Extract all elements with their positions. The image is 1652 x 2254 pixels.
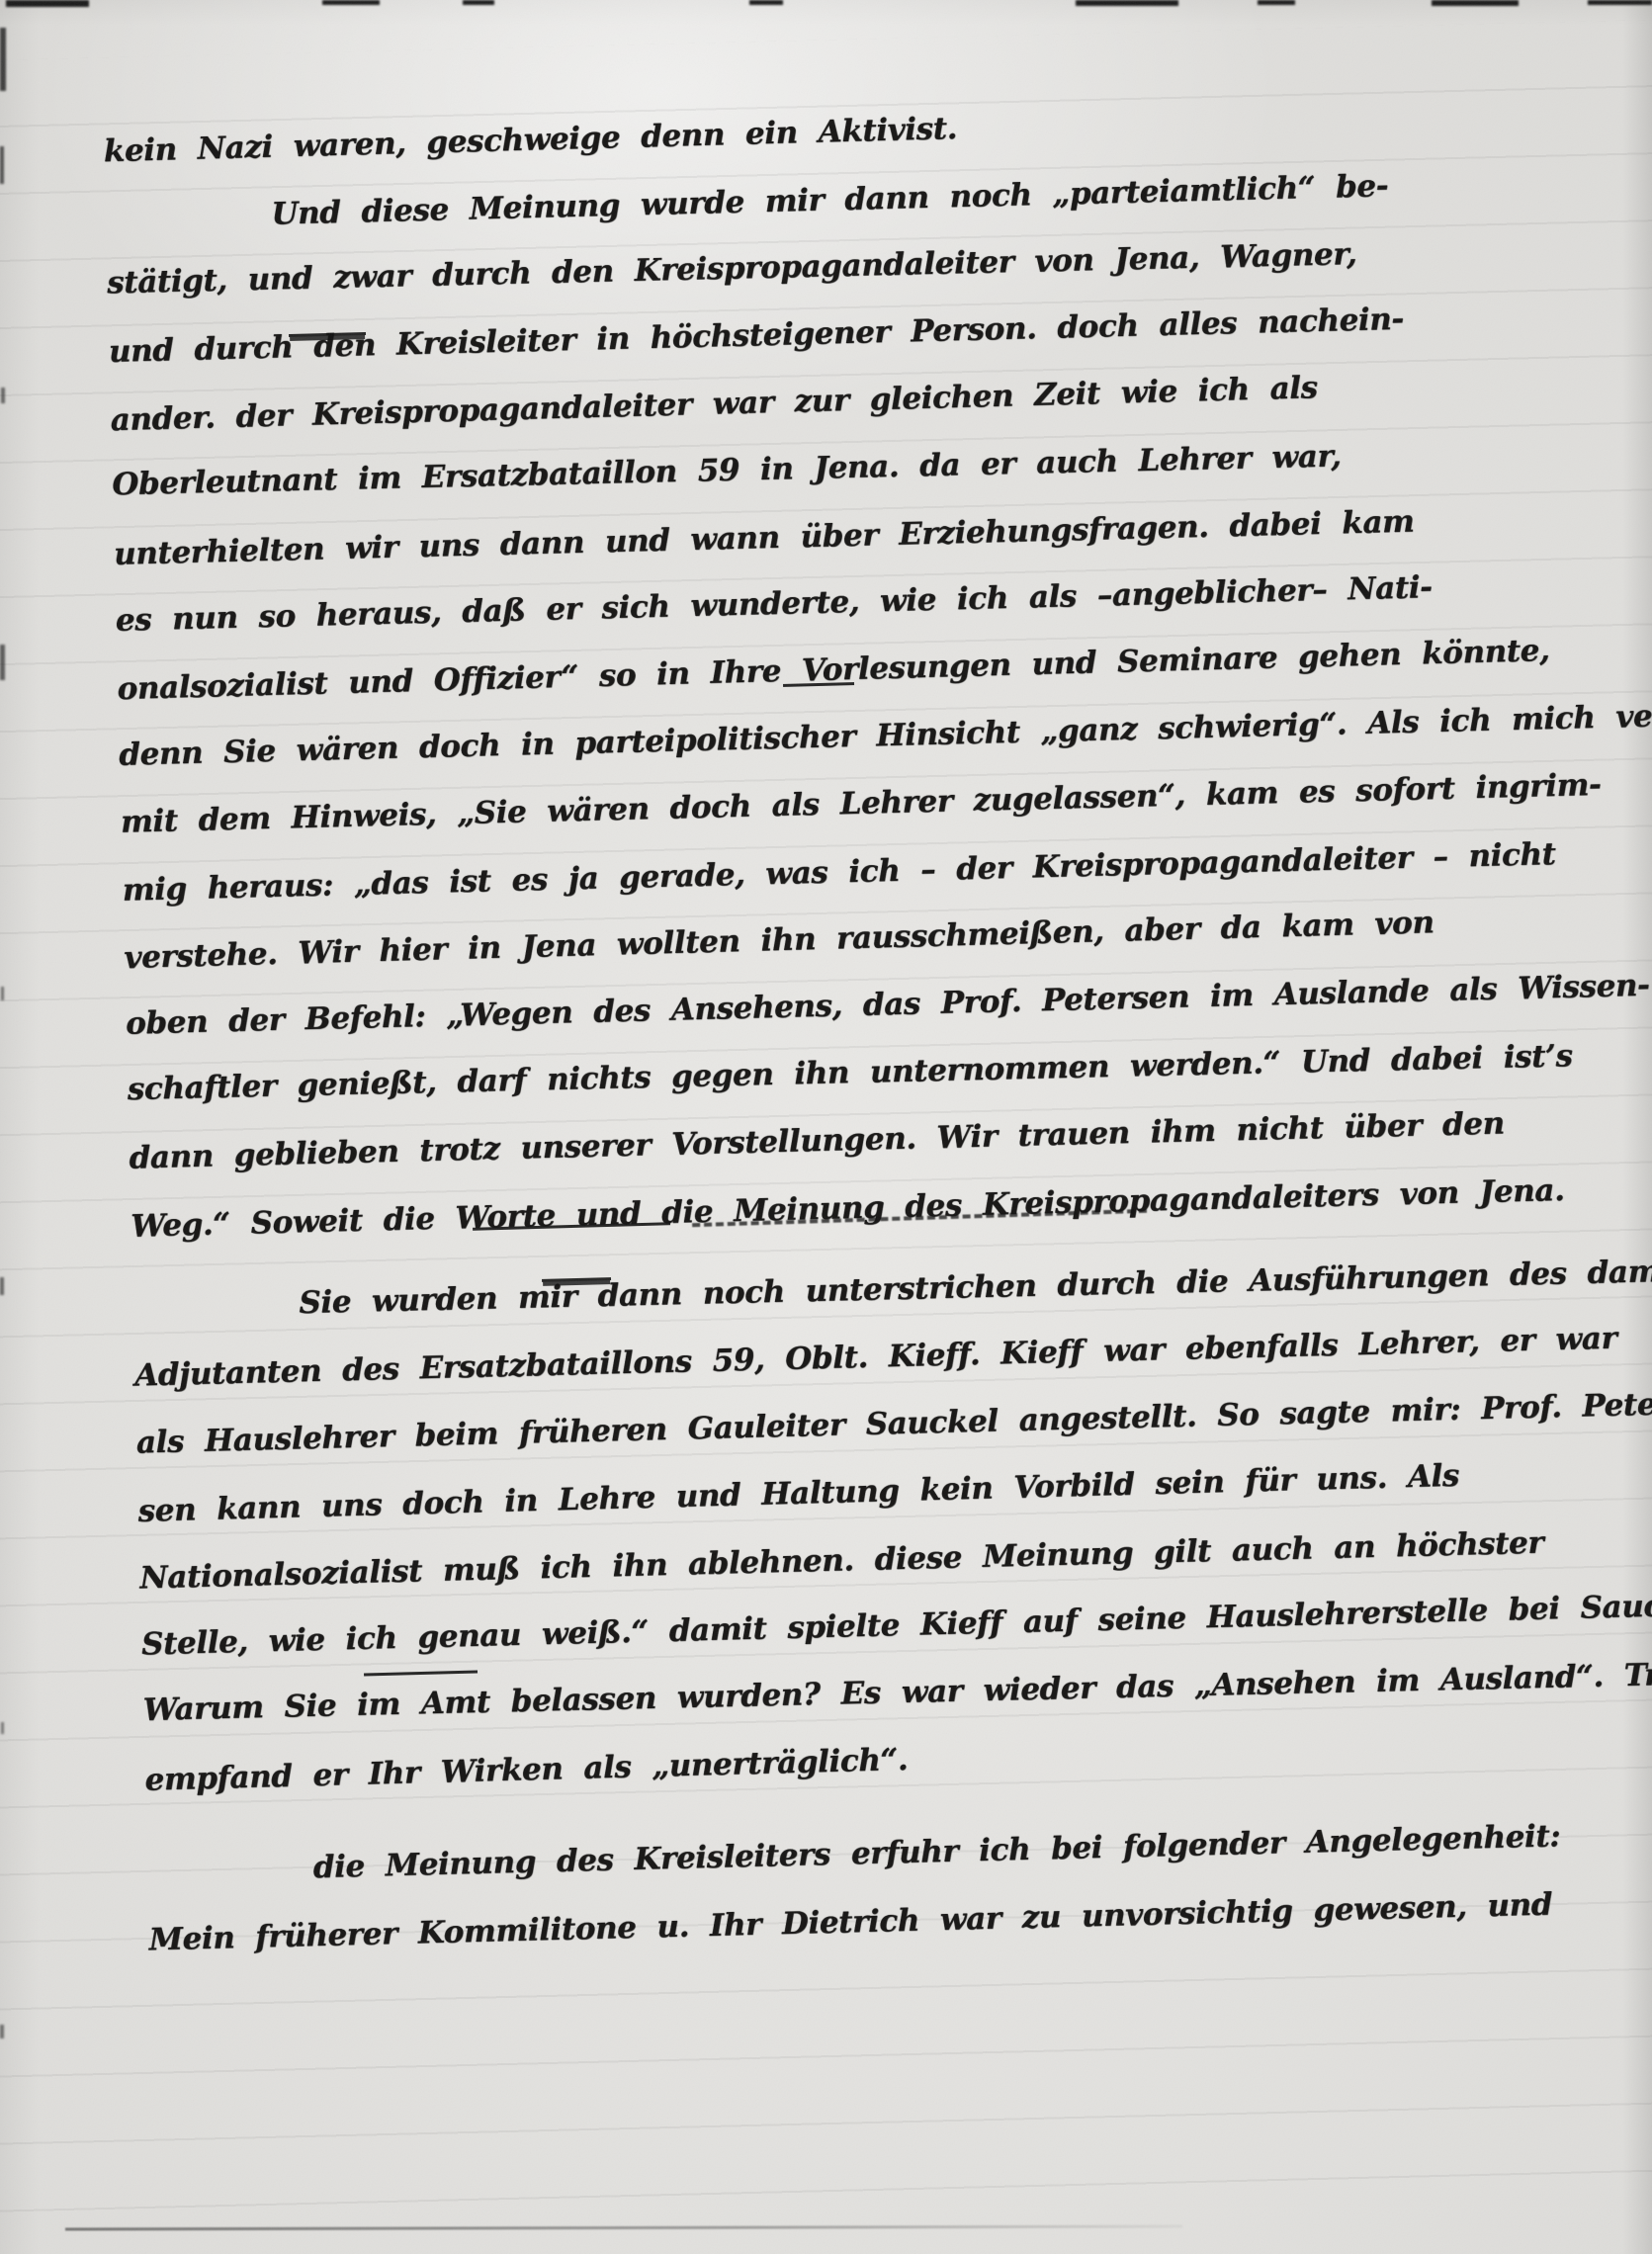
- scan-artifact-left: [0, 2025, 4, 2038]
- scan-artifact-top: [1258, 0, 1295, 5]
- scanned-page: kein Nazi waren, geschweige denn ein Akt…: [0, 0, 1652, 2254]
- scan-artifact-top: [1076, 0, 1178, 6]
- scan-artifact-top: [749, 0, 783, 5]
- scan-artifact-top: [1588, 0, 1652, 5]
- scan-artifact-left: [1, 388, 5, 403]
- scan-artifact-left: [1, 987, 4, 1000]
- scan-artifact-left: [0, 146, 4, 184]
- scan-artifact-left: [0, 645, 5, 680]
- scan-artifact-left: [1, 1722, 4, 1734]
- bottom-rule-line: [65, 2225, 1182, 2231]
- page-text: kein Nazi waren, geschweige denn ein Akt…: [103, 79, 1642, 1973]
- scan-artifact-top: [463, 0, 494, 5]
- scan-artifact-top: [322, 0, 380, 5]
- scan-artifact-top: [1432, 0, 1519, 6]
- scan-artifact-left: [0, 1277, 4, 1295]
- scan-artifact-left: [0, 28, 6, 91]
- scan-artifact-top: [6, 0, 89, 7]
